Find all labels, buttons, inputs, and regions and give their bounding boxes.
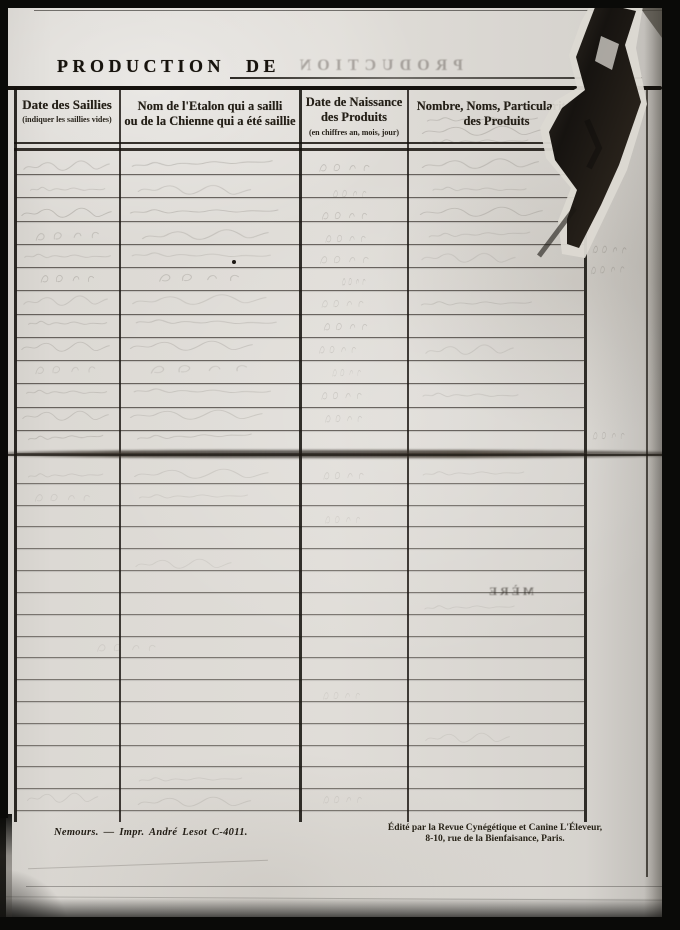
handwriting-mark [330,365,364,380]
handwriting-mark [130,291,270,308]
handwriting-mark [322,411,366,426]
handwriting-mark [316,342,360,357]
header-subtitle: (indiquer les saillies vides) [14,115,120,125]
handwriting-mark [316,252,374,267]
handwriting-mark [420,387,522,404]
handwriting-mark [26,429,106,445]
handwriting-mark [128,247,276,265]
tear-graphic [515,0,665,265]
handwriting-mark [140,226,272,243]
publisher-line2: 8-10, rue de la Bienfaisance, Paris. [345,834,645,845]
printer-imprint: Nemours. — Impr. André Lesot C-4011. [54,827,248,838]
handwriting-mark [132,314,282,332]
scan-border-top [0,0,680,8]
table-row [16,702,584,724]
handwriting-mark [318,296,368,311]
handwriting-mark [30,361,102,377]
header-title: Date des Saillies [14,97,120,112]
table-row [16,789,584,811]
handwriting-mark [420,249,518,266]
handwriting-mark [142,360,258,377]
handwriting-mark [318,388,366,403]
header-subtitle: (en chiffres an, mois, jour) [300,128,408,138]
table-row [16,680,584,702]
handwriting-mark [322,231,370,246]
header-title-line2: des Produits [300,110,408,125]
scan-border-bottom [0,917,680,930]
handwriting-mark [420,466,528,481]
handwriting-mark [26,468,106,483]
handwriting-mark [21,408,111,423]
handwriting-mark [30,227,106,245]
table-row [16,615,584,637]
handwriting-mark [26,790,100,805]
handwriting-mark [36,271,100,286]
handwriting-mark [320,792,366,807]
table-row [16,268,584,291]
table-row [16,767,584,789]
header-title: Nom de l'Etalon qui a sailli [118,99,302,114]
handwriting-mark [134,556,234,571]
ink-dot [232,260,236,264]
handwriting-mark [320,688,364,703]
handwriting-mark [590,428,628,443]
bleedthrough-mere: MÈRE [486,584,534,599]
header-col-naissance: Date de Naissance des Produits (en chiff… [300,95,408,138]
fold-crease-line [0,454,680,456]
handwriting-mark [136,181,254,198]
header-col-etalon: Nom de l'Etalon qui a sailli ou de la Ch… [118,99,302,129]
handwriting-mark [136,772,246,787]
handwriting-mark [322,512,364,527]
handwriting-mark [22,292,110,309]
left-edge-fade [0,814,12,918]
handwriting-mark [134,428,256,445]
scan-border-right [662,0,680,930]
handwriting-mark [128,338,256,353]
handwriting-mark [136,794,254,809]
handwriting-mark [318,208,372,223]
handwriting-mark [28,181,108,197]
handwriting-mark [92,640,162,655]
handwriting-mark [330,186,370,201]
publisher-imprint: Édité par la Revue Cynégétique et Canine… [345,823,645,844]
handwriting-mark [24,384,110,400]
handwriting-mark [315,160,375,175]
handwriting-mark [340,274,368,289]
header-title-line2: ou de la Chienne qui a été saillie [118,114,302,129]
table-row [16,658,584,680]
table-row [16,746,584,768]
table-row [16,506,584,528]
handwriting-mark [424,730,512,745]
handwriting-mark [26,315,110,331]
paper-tear [515,0,665,265]
handwriting-mark [136,489,252,504]
handwriting-mark [152,270,248,285]
rows-bottom [16,462,584,811]
handwriting-mark [22,157,112,174]
handwriting-mark [128,155,278,173]
handwriting-mark [20,339,112,354]
handwriting-mark [128,407,266,422]
handwriting-mark [130,383,276,401]
bleedthrough-title: PRODUCTION [288,57,463,75]
handwriting-mark [418,296,536,311]
handwriting-mark [132,466,272,481]
header-title: Date de Naissance [300,95,408,110]
handwriting-mark [320,319,372,334]
page-title: PRODUCTION DE [57,56,280,77]
header-col-saillies: Date des Saillies (indiquer les saillies… [14,97,120,125]
scanned-document: PRODUCTION DE PRODUCTION Date des Sailli… [0,0,680,930]
handwriting-mark [20,205,114,220]
handwriting-mark [422,600,518,615]
table-row [16,549,584,571]
handwriting-mark [126,204,284,219]
handwriting-mark [320,468,368,483]
handwriting-mark [424,341,516,358]
handwriting-mark [22,248,114,265]
bottom-crease [26,886,676,887]
handwriting-mark [30,490,96,505]
table-row [16,484,584,506]
scan-border-left [0,0,8,818]
publisher-line1: Édité par la Revue Cynégétique et Canine… [345,823,645,834]
table-row [16,527,584,549]
